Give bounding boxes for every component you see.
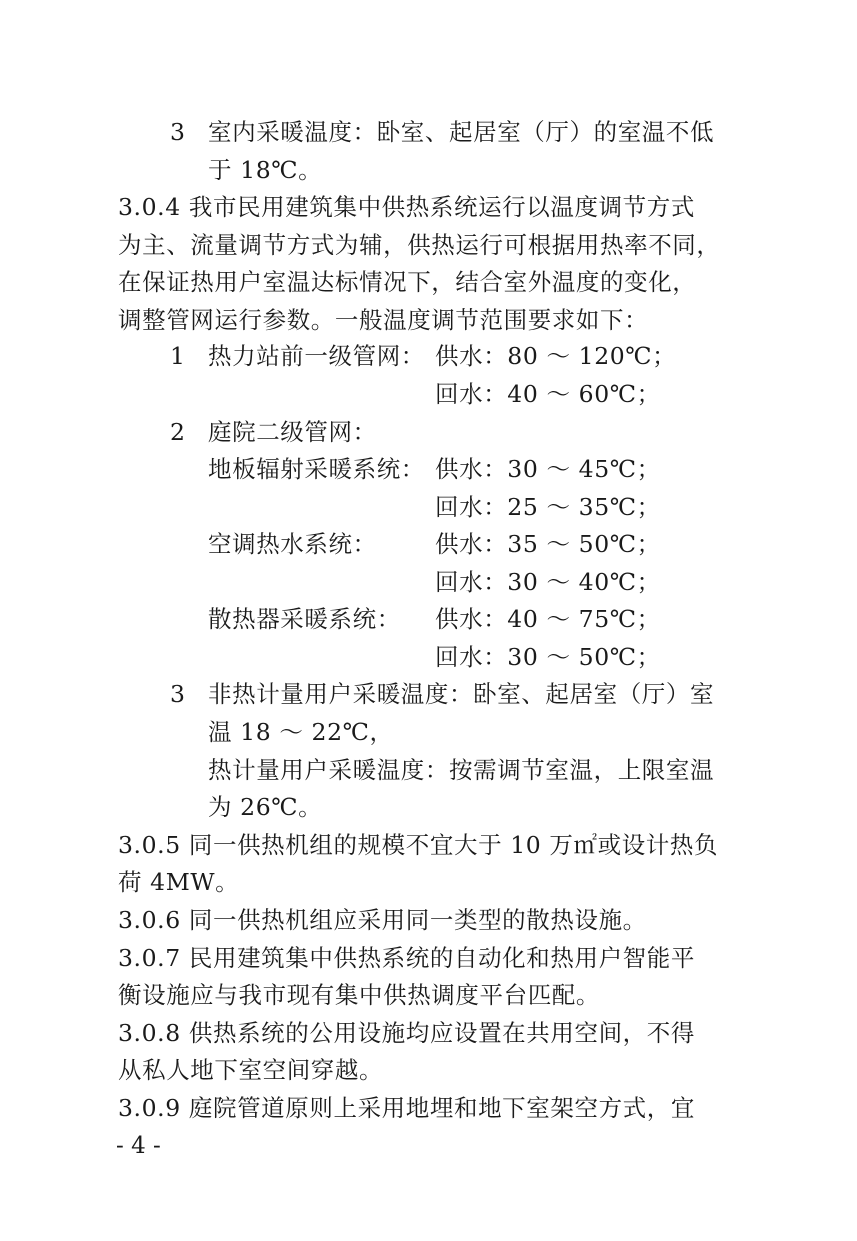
supply-range-primary: 供水：80 ～ 120℃； bbox=[435, 341, 676, 371]
radiator-label: 散热器采暖系统： bbox=[208, 604, 401, 634]
clause-3-0-7-line-2: 衡设施应与我市现有集中供热调度平台匹配。 bbox=[118, 980, 600, 1010]
clause-3-0-4-line-2: 为主、流量调节方式为辅，供热运行可根据用热率不同， bbox=[118, 230, 721, 260]
document-page: 3室内采暖温度：卧室、起居室（厅）的室温不低 于 18℃。 3.0.4 我市民用… bbox=[0, 0, 857, 1241]
clause-3-0-4-line-3: 在保证热用户室温达标情况下，结合室外温度的变化， bbox=[118, 267, 696, 297]
list-item-3-line-1: 3室内采暖温度：卧室、起居室（厅）的室温不低 bbox=[170, 117, 714, 147]
clause-3-0-9-line-1: 3.0.9 庭院管道原则上采用地埋和地下室架空方式，宜 bbox=[118, 1093, 695, 1123]
clause-3-0-4-line-4: 调整管网运行参数。一般温度调节范围要求如下： bbox=[118, 305, 648, 335]
floor-radiant-supply: 供水：30 ～ 45℃； bbox=[435, 454, 661, 484]
floor-radiant-label: 地板辐射采暖系统： bbox=[208, 454, 425, 484]
list-item-2-line: 2庭院二级管网： bbox=[170, 417, 377, 447]
ac-hot-water-label: 空调热水系统： bbox=[208, 529, 377, 559]
list-marker: 1 bbox=[170, 341, 208, 371]
list-item-3b-line-3: 热计量用户采暖温度：按需调节室温，上限室温 bbox=[208, 755, 714, 785]
clause-3-0-7-line-1: 3.0.7 民用建筑集中供热系统的自动化和热用户智能平 bbox=[118, 943, 695, 973]
radiator-return: 回水：30 ～ 50℃； bbox=[435, 642, 661, 672]
list-item-3b-line-2: 温 18 ～ 22℃， bbox=[208, 717, 394, 747]
clause-3-0-4-line-1: 3.0.4 我市民用建筑集中供热系统运行以温度调节方式 bbox=[118, 192, 695, 222]
list-item-1-line: 1热力站前一级管网： bbox=[170, 341, 425, 371]
clause-3-0-6: 3.0.6 同一供热机组应采用同一类型的散热设施。 bbox=[118, 905, 647, 935]
floor-radiant-return: 回水：25 ～ 35℃； bbox=[435, 492, 661, 522]
label: 热力站前一级管网： bbox=[208, 342, 425, 370]
clause-3-0-8-line-1: 3.0.8 供热系统的公用设施均应设置在共用空间，不得 bbox=[118, 1018, 695, 1048]
clause-3-0-8-line-2: 从私人地下室空间穿越。 bbox=[118, 1055, 383, 1085]
list-item-3b-line-4: 为 26℃。 bbox=[208, 792, 322, 822]
clause-3-0-5-line-2: 荷 4MW。 bbox=[118, 867, 239, 897]
list-marker: 2 bbox=[170, 417, 208, 447]
clause-3-0-5-line-1: 3.0.5 同一供热机组的规模不宜大于 10 万㎡或设计热负 bbox=[118, 830, 718, 860]
radiator-supply: 供水：40 ～ 75℃； bbox=[435, 604, 661, 634]
text: 非热计量用户采暖温度：卧室、起居室（厅）室 bbox=[208, 680, 714, 708]
list-marker: 3 bbox=[170, 679, 208, 709]
ac-hot-water-return: 回水：30 ～ 40℃； bbox=[435, 567, 661, 597]
page-number: - 4 - bbox=[116, 1131, 161, 1161]
text: 室内采暖温度：卧室、起居室（厅）的室温不低 bbox=[208, 118, 714, 146]
list-marker: 3 bbox=[170, 117, 208, 147]
list-item-3-line-2: 于 18℃。 bbox=[208, 155, 322, 185]
ac-hot-water-supply: 供水：35 ～ 50℃； bbox=[435, 529, 661, 559]
label: 庭院二级管网： bbox=[208, 418, 377, 446]
return-range-primary: 回水：40 ～ 60℃； bbox=[435, 379, 661, 409]
list-item-3b-line-1: 3非热计量用户采暖温度：卧室、起居室（厅）室 bbox=[170, 679, 714, 709]
